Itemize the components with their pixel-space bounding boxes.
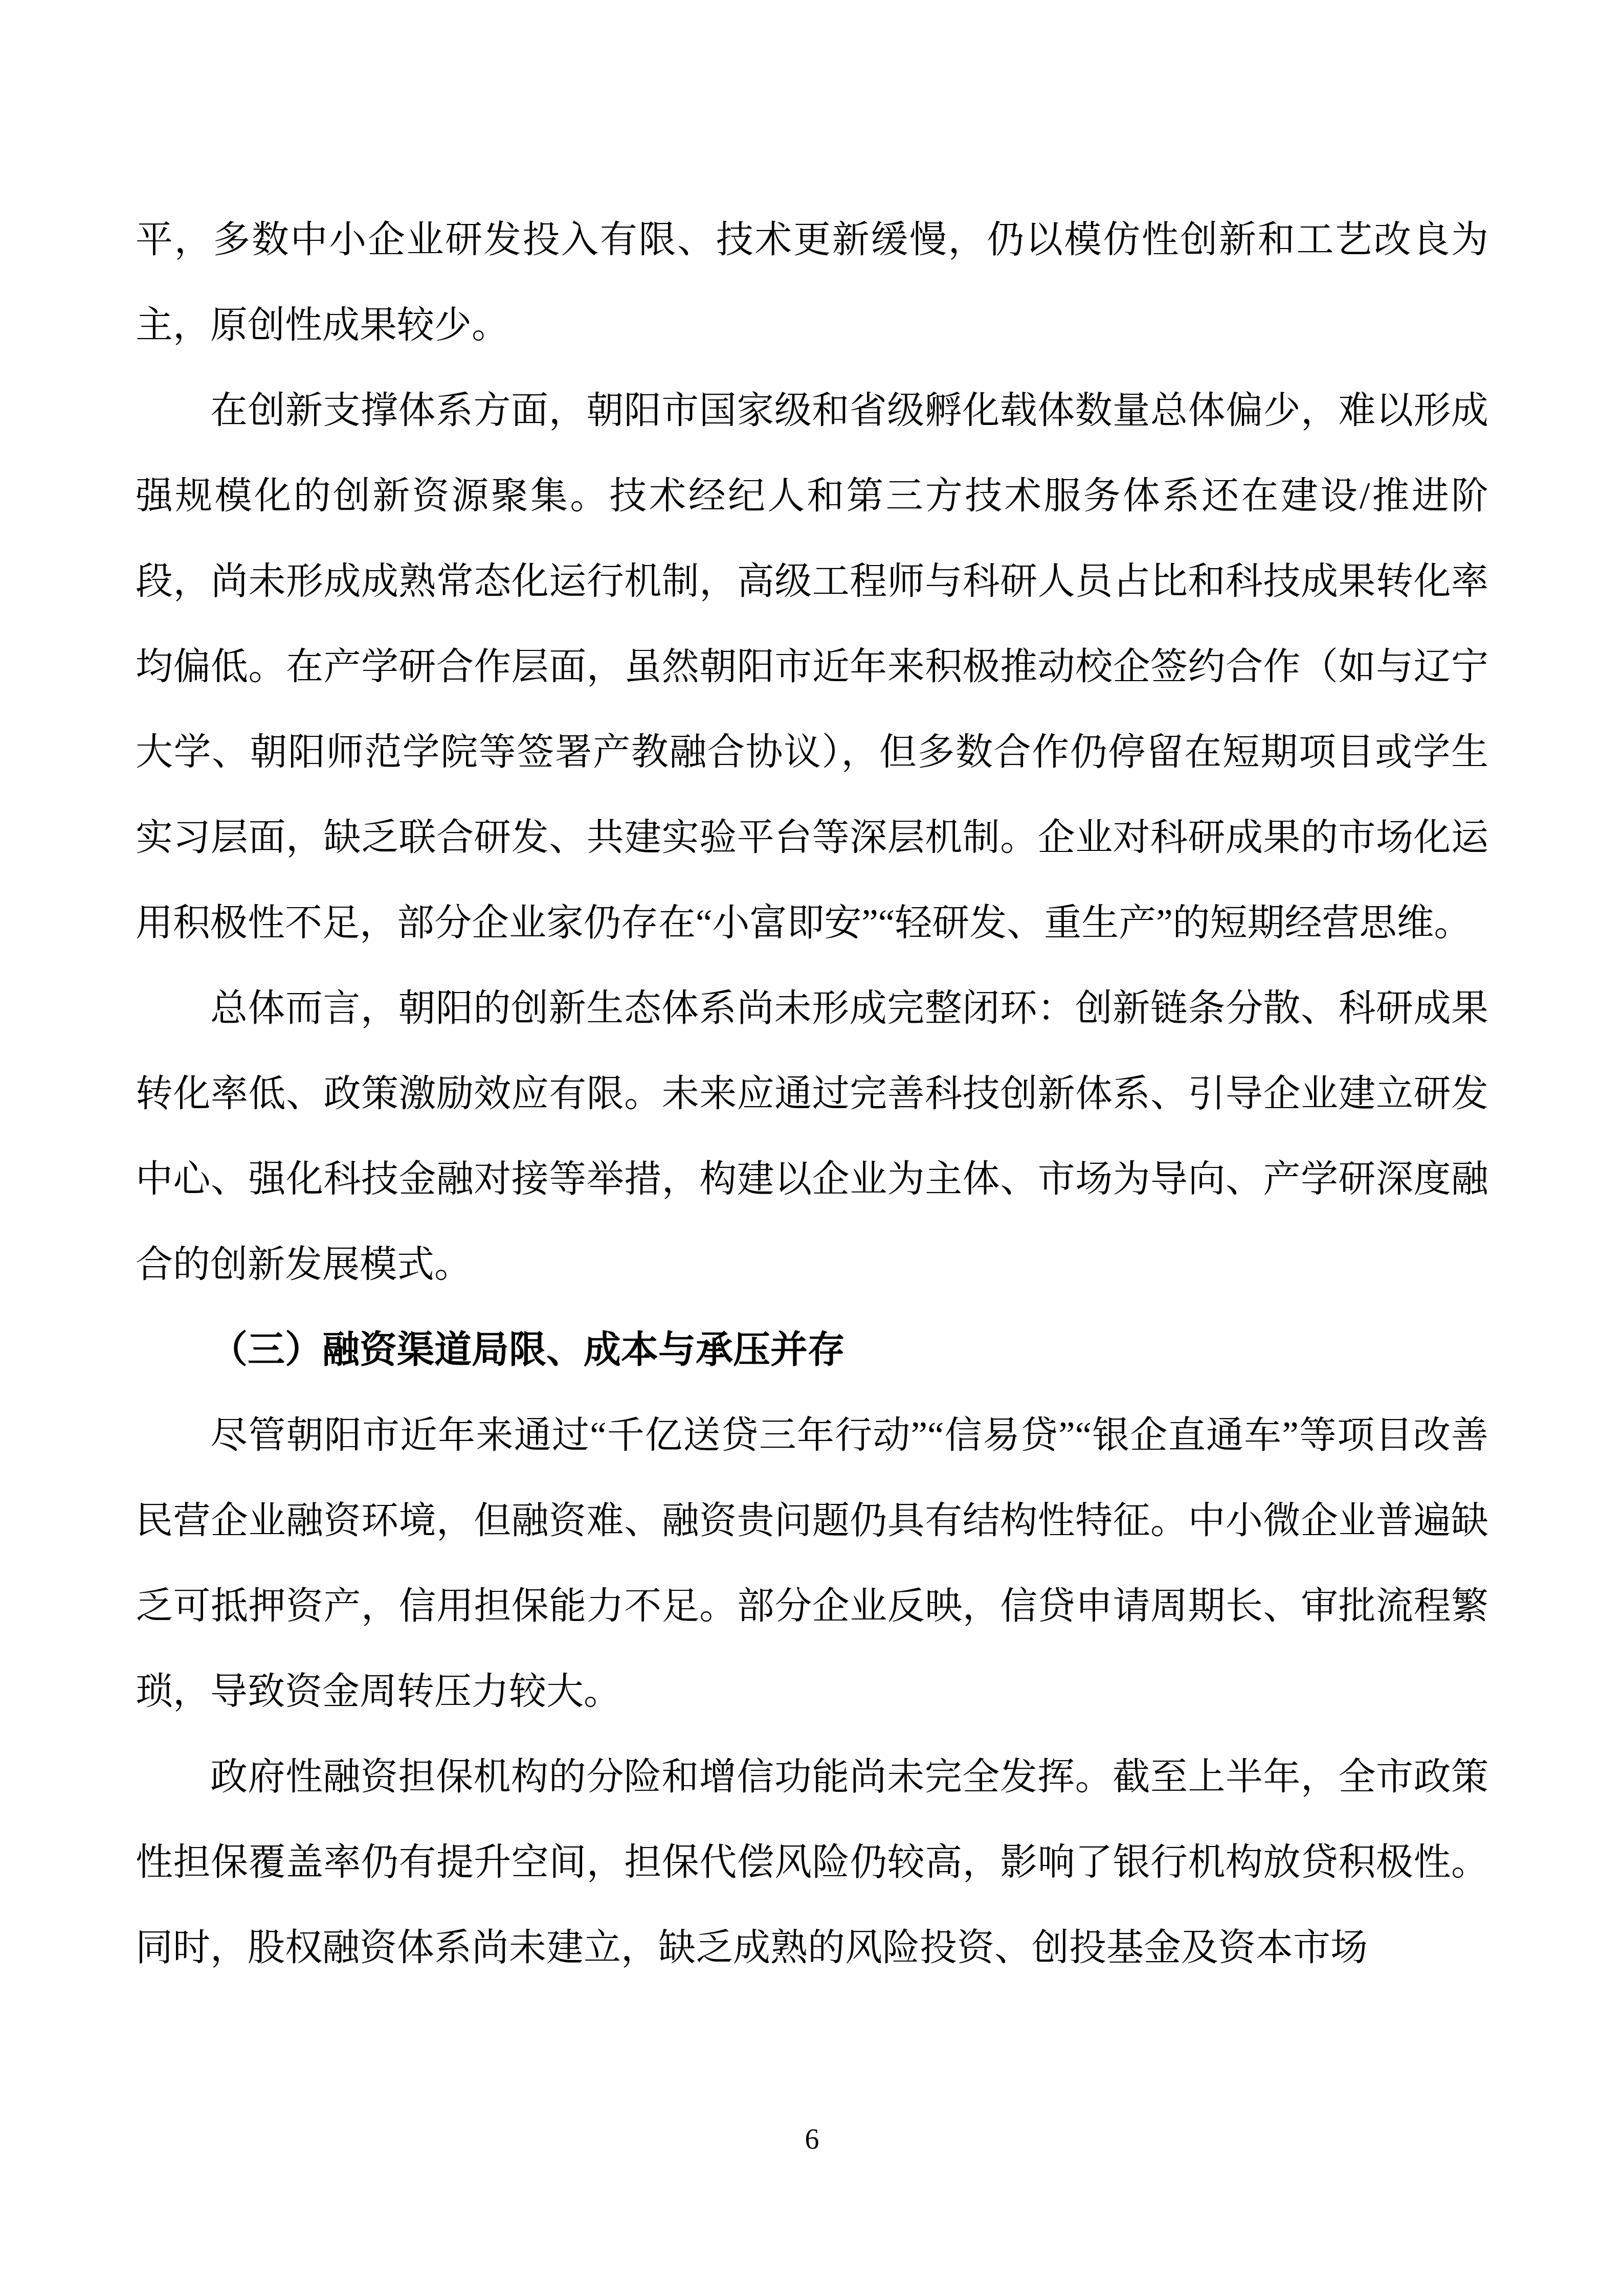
body-paragraph: 总体而言，朝阳的创新生态体系尚未形成完整闭环：创新链条分散、科研成果转化率低、政… — [136, 965, 1488, 1307]
page-footer: 6 — [0, 2121, 1624, 2158]
section-heading: （三）融资渠道局限、成本与承压并存 — [136, 1307, 1488, 1392]
body-paragraph: 政府性融资担保机构的分险和增信功能尚未完全发挥。截至上半年，全市政策性担保覆盖率… — [136, 1734, 1488, 1990]
body-paragraph: 尽管朝阳市近年来通过“千亿送贷三年行动”“信易贷”“银企直通车”等项目改善民营企… — [136, 1392, 1488, 1734]
body-paragraph: 平，多数中小企业研发投入有限、技术更新缓慢，仍以模仿性创新和工艺改良为主，原创性… — [136, 197, 1488, 368]
body-paragraph: 在创新支撑体系方面，朝阳市国家级和省级孵化载体数量总体偏少，难以形成强规模化的创… — [136, 368, 1488, 965]
document-body: 平，多数中小企业研发投入有限、技术更新缓慢，仍以模仿性创新和工艺改良为主，原创性… — [136, 197, 1488, 1990]
page-number: 6 — [805, 2124, 819, 2155]
document-page: 平，多数中小企业研发投入有限、技术更新缓慢，仍以模仿性创新和工艺改良为主，原创性… — [0, 0, 1624, 2296]
